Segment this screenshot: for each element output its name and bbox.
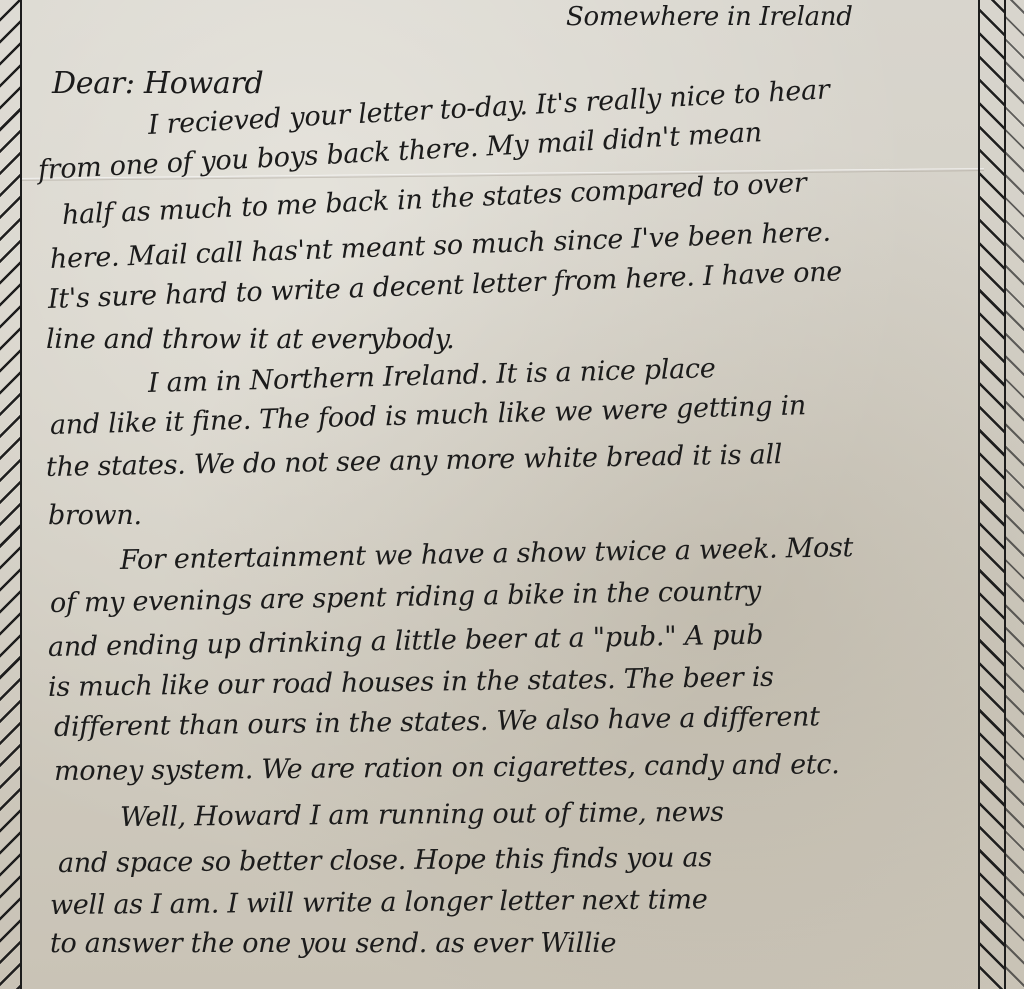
letter-closing-line: to answer the one you send. as ever Will… bbox=[50, 928, 616, 959]
right-hatched-border bbox=[978, 0, 1006, 989]
letter-line: and space so better close. Hope this fin… bbox=[58, 842, 712, 879]
letter-line: line and throw it at everybody. bbox=[46, 324, 454, 355]
letter-line: Well, Howard I am running out of time, n… bbox=[120, 797, 724, 833]
letter-line: brown. bbox=[48, 500, 142, 531]
left-hatched-border bbox=[0, 0, 22, 989]
letter-dateline: Somewhere in Ireland bbox=[566, 2, 853, 32]
letter-line: well as I am. I will write a longer lett… bbox=[50, 884, 708, 921]
right-outer-hatched-border bbox=[1006, 0, 1024, 989]
letter-salutation: Dear: Howard bbox=[52, 66, 263, 101]
